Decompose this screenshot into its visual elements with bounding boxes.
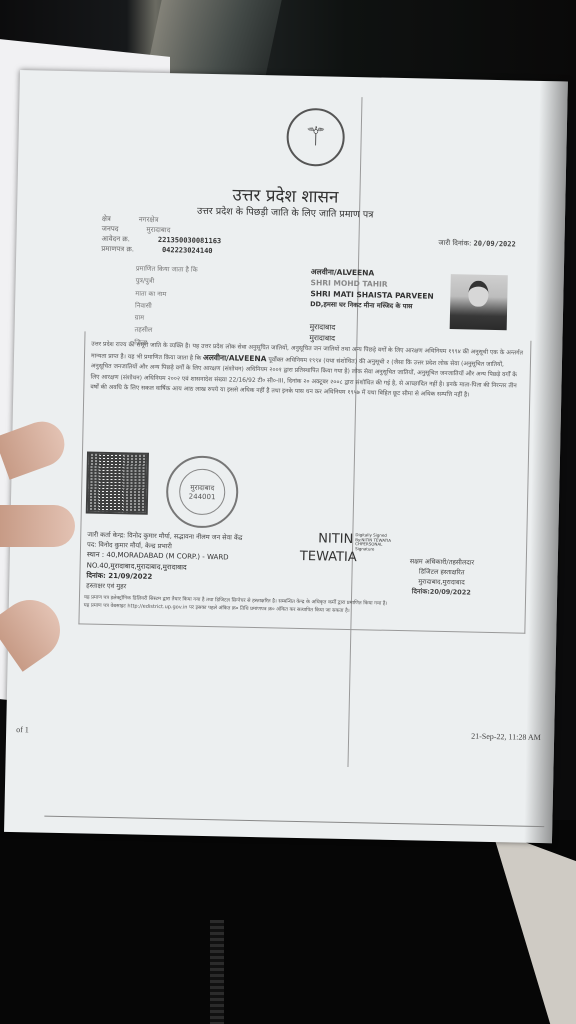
meta-value: मुरादाबाद [146,225,170,235]
field-label: पुत्र/पुत्री [135,275,197,289]
print-timestamp: 21-Sep-22, 11:28 AM [471,732,541,742]
authority-date: दिनांक:20/09/2022 [409,586,473,597]
signature-meta: Digitally Signed By:NITIN TEWATIA CHPERS… [355,533,395,552]
meta-value: नगरक्षेत्र [139,215,159,225]
background-zipper [210,920,224,1024]
meta-label: क्षेत्र [102,214,111,224]
meta-row: प्रमाणपत्र क्र.042223024140 [101,244,221,257]
printed-certificate-page: ⚚ उत्तर प्रदेश शासन उत्तर प्रदेश के पिछड… [4,70,568,843]
applicant-photo [450,274,508,330]
caste-certificate: ⚚ उत्तर प्रदेश शासन उत्तर प्रदेश के पिछड… [68,81,534,630]
meta-label: प्रमाणपत्र क्र. [101,244,134,255]
statement-paragraph-2: पूर्वोक्त अधिनियम १९९४ (यथा संशोधित) की … [90,356,517,399]
signatory-last-name: TEWATIA [300,549,357,565]
statement-applicant-name: अलवीना/ALVEENA [203,352,267,362]
field-label: माता का नाम [135,287,197,301]
face-icon [468,280,489,306]
seal-code: 244001 [189,492,216,501]
field-values: अलवीना/ALVEENA SHRI MOHD TAHIR SHRI MATI… [309,266,441,346]
page-count: of 1 [16,725,29,734]
competent-authority: सक्षम अधिकारी/तहसीलदार डिजिटल हस्ताक्षरि… [409,556,474,597]
certificate-number: 042223024140 [162,245,213,256]
issue-date-label: जारी दिनांक [438,239,469,248]
issue-date-value: 20/09/2022 [473,240,515,249]
issue-date: जारी दिनांक: 20/09/2022 [438,239,515,250]
finger-2 [0,505,75,547]
certificate-title: उत्तर प्रदेश के पिछड़ी जाति के लिए जाति … [197,204,374,221]
statement-prefix: यह भी प्रमाणित किया जाता है कि [128,353,201,362]
seal-inner: मुरादाबाद 244001 [179,468,226,515]
field-label: निवासी [135,299,197,313]
certificate-meta: क्षेत्रनगरक्षेत्र जनपदमुरादाबाद आवेदन क्… [101,214,222,256]
background-dark-cloth [0,820,576,1024]
certificate-statement: उत्तर प्रदेश राज्य की संमूरी जाति के व्य… [90,340,524,403]
digital-signature: NITINDigitally Signed By:NITIN TEWATIA C… [300,532,396,566]
meta-label: जनपद [102,224,119,234]
issuing-centre: जारी कर्ता केन्द्र: विनोद कुमार मौर्या, … [86,530,242,594]
up-emblem-icon: ⚚ [286,108,345,167]
qr-code-icon [86,451,149,514]
paper-crease [44,816,544,827]
signatory-first-name: NITIN [318,531,353,547]
seal-place: मुरादाबाद [190,483,214,492]
meta-label: आवेदन क्र. [101,234,130,245]
